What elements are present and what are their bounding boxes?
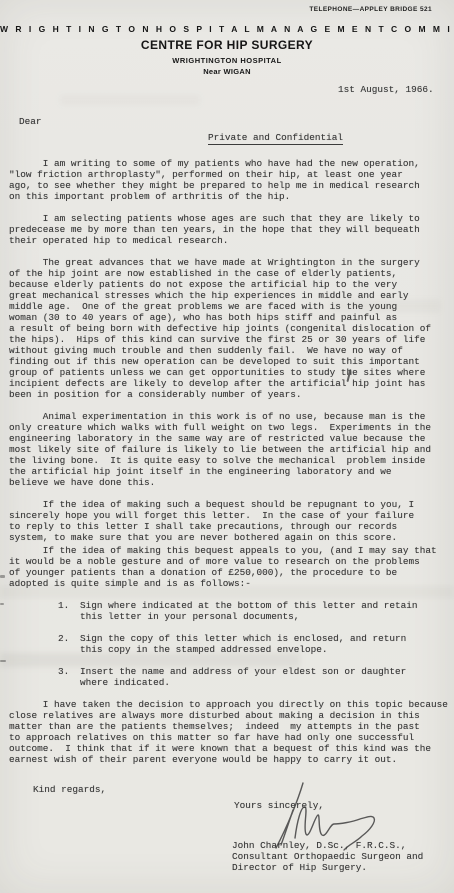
scan-edge-mark [0,660,6,662]
list-item-number: 2. [58,633,80,655]
paragraph-appeals: If the idea of making this bequest appea… [9,545,450,589]
paragraph-selecting: I am selecting patients whose ages are s… [9,213,450,246]
letterhead-telephone: TELEPHONE—APPLEY BRIDGE 521 [309,6,432,13]
list-item-number: 1. [58,600,80,622]
letter-body: I am writing to some of my patients who … [9,158,450,776]
letterhead-location: Near WIGAN [0,67,454,76]
scan-edge-mark [0,603,4,605]
letter-page: TELEPHONE—APPLEY BRIDGE 521 W R I G H T … [0,0,454,893]
paragraph-decision: I have taken the decision to approach yo… [9,699,450,765]
letterhead: W R I G H T I N G T O N H O S P I T A L … [0,24,454,76]
list-item: 1. Sign where indicated at the bottom of… [9,600,450,622]
salutation: Dear [19,116,42,127]
paragraph-intro: I am writing to some of my patients who … [9,158,450,202]
list-item-text: Insert the name and address of your elde… [80,666,406,688]
list-item: 3. Insert the name and address of your e… [9,666,450,688]
date-line: 1st August, 1966. [338,84,434,95]
paragraph-repugnant: If the idea of making such a bequest sho… [9,499,450,543]
list-item: 2. Sign the copy of this letter which is… [9,633,450,655]
letterhead-hospital-name: WRIGHTINGTON HOSPITAL [0,56,454,65]
signer-title-2: Director of Hip Surgery. [232,862,423,873]
letterhead-centre-title: CENTRE FOR HIP SURGERY [0,38,454,52]
letterhead-committee: W R I G H T I N G T O N H O S P I T A L … [0,24,454,34]
instruction-list: 1. Sign where indicated at the bottom of… [9,600,450,688]
list-item-text: Sign where indicated at the bottom of th… [80,600,418,622]
scan-edge-mark [0,575,5,578]
paragraph-advances: The great advances that we have made at … [9,257,450,400]
kind-regards: Kind regards, [33,784,106,795]
list-item-number: 3. [58,666,80,688]
list-item-text: Sign the copy of this letter which is en… [80,633,406,655]
signature-ink [265,778,395,858]
subject-heading: Private and Confidential [208,132,343,145]
paragraph-animal: Animal experimentation in this work is o… [9,411,450,488]
scan-smudge [60,95,200,105]
